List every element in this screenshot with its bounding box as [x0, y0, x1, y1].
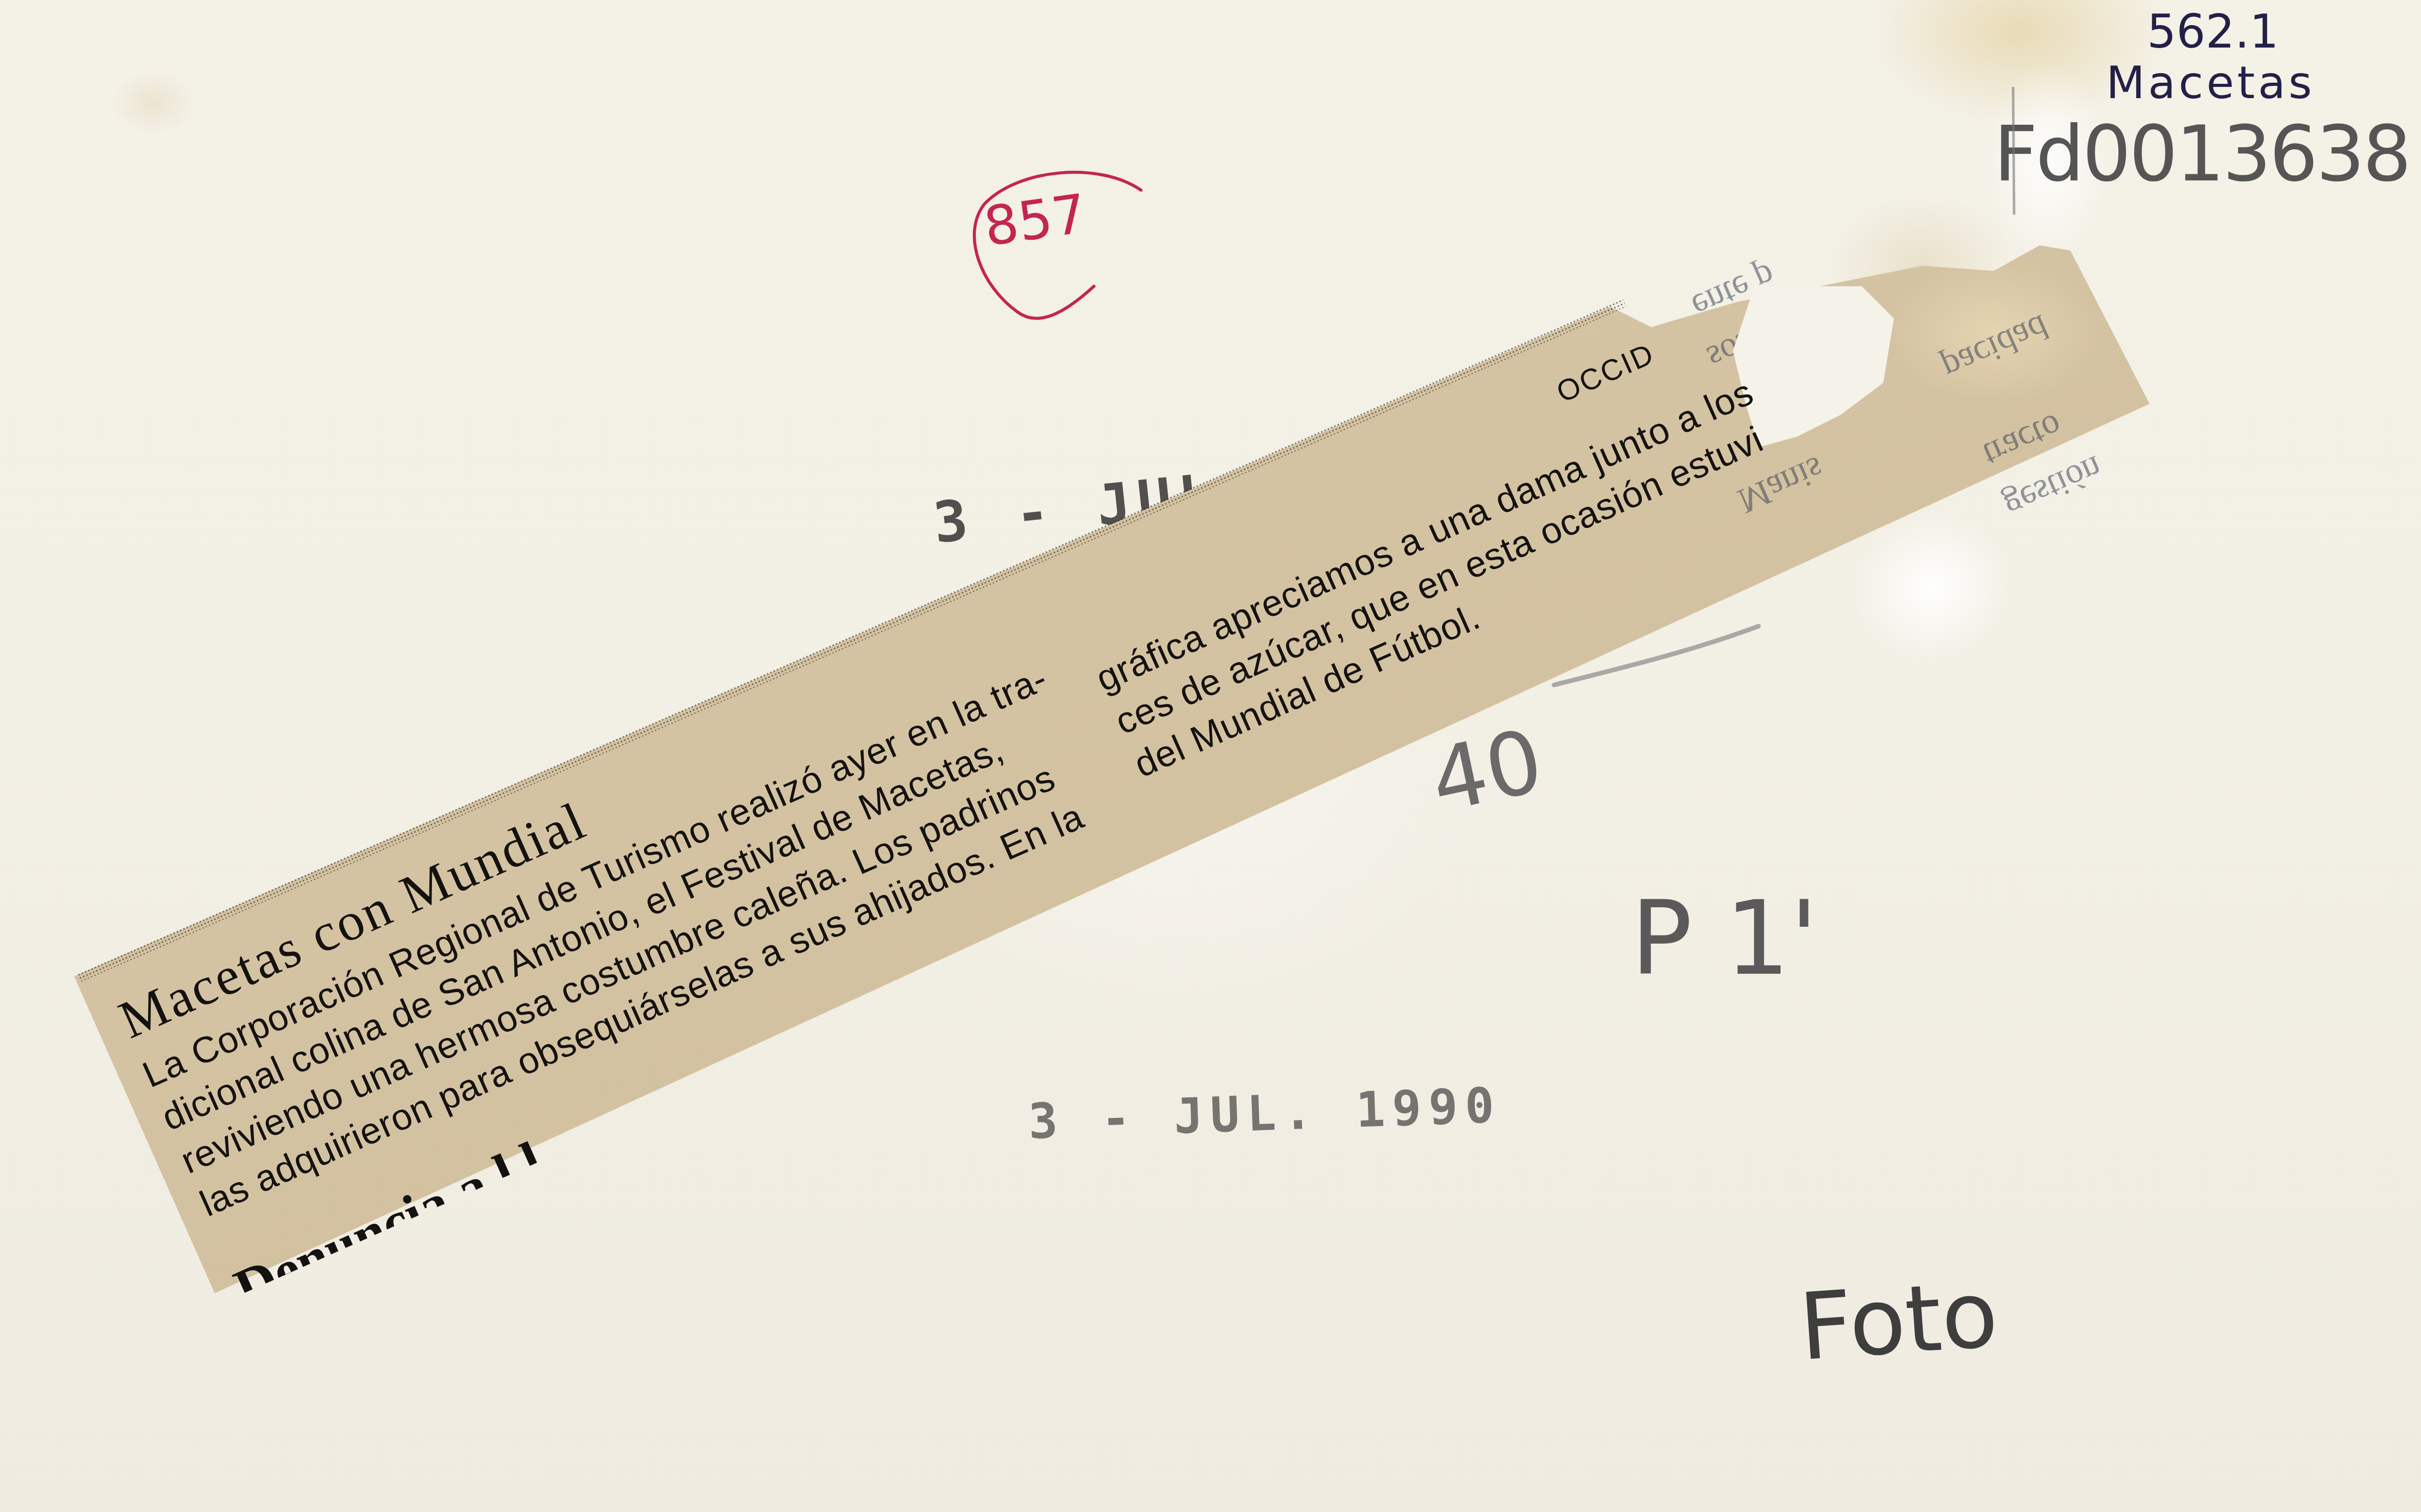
pencil-archive-vertical [2013, 87, 2014, 215]
handwriting-strokes [0, 0, 2421, 1512]
red-circle-mark [974, 172, 1141, 318]
pencil-dash-stroke [1554, 626, 1758, 685]
